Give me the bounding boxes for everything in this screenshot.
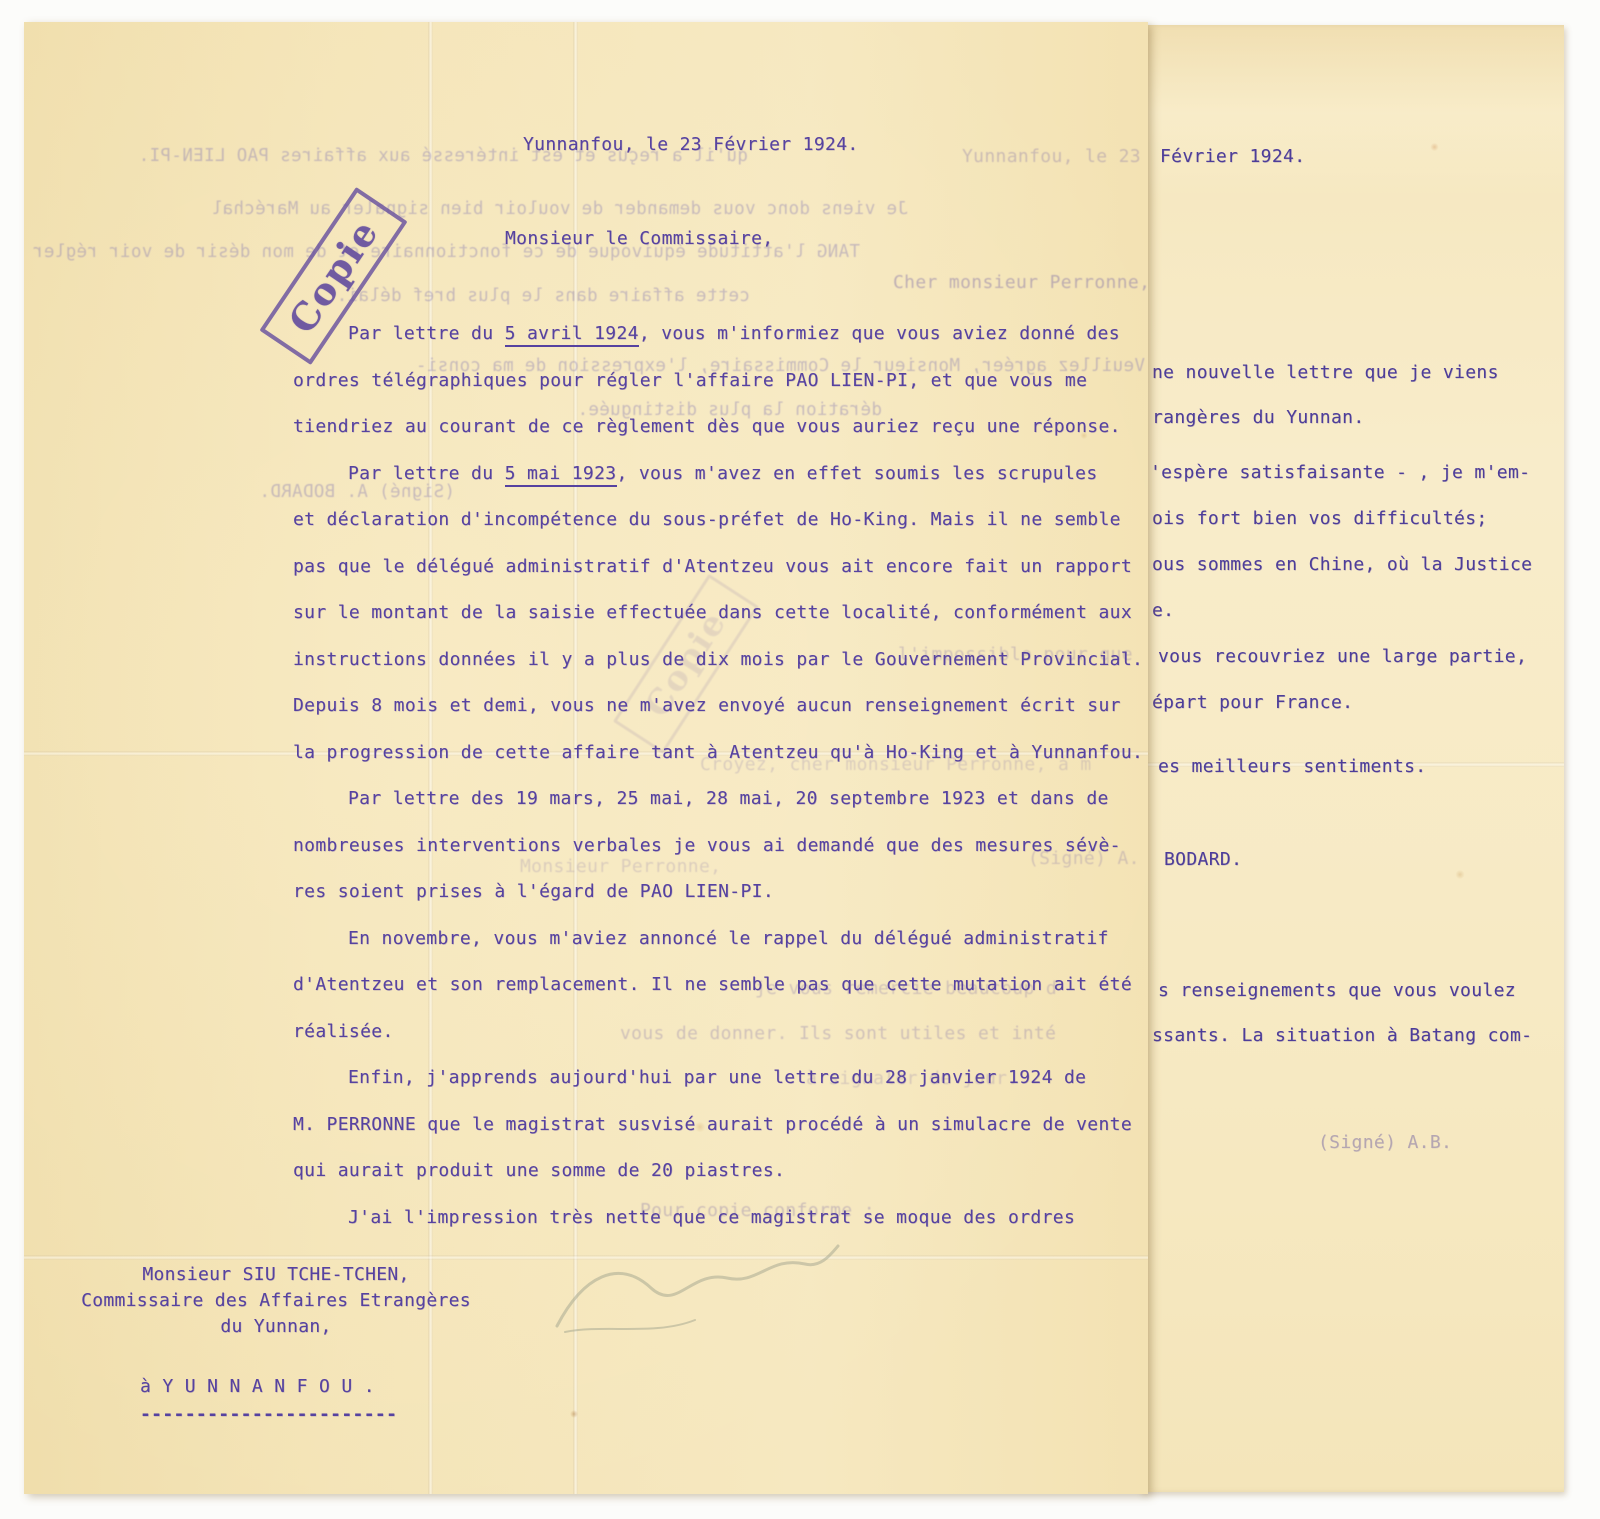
typed-line: res soient prises à l'égard de PAO LIEN-… xyxy=(293,881,1143,928)
typed-line: Par lettre des 19 mars, 25 mai, 28 mai, … xyxy=(293,788,1143,835)
right-page-typed-fragment: e. xyxy=(1152,600,1174,621)
typed-line: la progression de cette affaire tant à A… xyxy=(293,742,1143,789)
typed-divider: ----------------------- xyxy=(140,1404,397,1425)
typed-line: tiendriez au courant de ce règlement dès… xyxy=(293,416,1143,463)
typed-line: Depuis 8 mois et demi, vous ne m'avez en… xyxy=(293,695,1143,742)
recipient-line: Commissaire des Affaires Etrangères xyxy=(80,1288,472,1314)
typed-line: réalisée. xyxy=(293,1021,1143,1068)
typed-line: d'Atentzeu et son remplacement. Il ne se… xyxy=(293,974,1143,1021)
typed-line: sur le montant de la saisie effectuée da… xyxy=(293,602,1143,649)
recipient-city: à Y U N N A N F O U . xyxy=(140,1376,375,1397)
recipient-block: Monsieur SIU TCHE-TCHEN,Commissaire des … xyxy=(80,1262,472,1340)
typed-line: Enfin, j'apprends aujourd'hui par une le… xyxy=(293,1067,1143,1114)
mirrored-bleedthrough-line: cette affaire dans le plus bref délai. xyxy=(336,286,750,306)
salutation: Monsieur le Commissaire, xyxy=(505,228,774,249)
right-page-typed-fragment: 'espère satisfaisante - , je m'em- xyxy=(1150,462,1530,483)
underlined-date: 5 avril 1924 xyxy=(505,323,639,347)
typed-line: M. PERRONNE que le magistrat susvisé aur… xyxy=(293,1114,1143,1161)
right-page-typed-fragment: vous recouvriez une large partie, xyxy=(1158,646,1527,667)
typed-line: Par lettre du 5 avril 1924, vous m'infor… xyxy=(293,323,1143,370)
right-page-typed-fragment: s renseignements que vous voulez xyxy=(1158,980,1516,1001)
typed-line: ordres télégraphiques pour régler l'affa… xyxy=(293,370,1143,417)
typed-line: instructions données il y a plus de dix … xyxy=(293,649,1143,696)
scanned-letter-canvas: { "colors": { "background": "#fcfcfa", "… xyxy=(0,0,1600,1519)
dateline: Yunnanfou, le 23 Février 1924. xyxy=(523,134,859,155)
right-page-typed-fragment: (Signé) A.B. xyxy=(1318,1132,1452,1153)
paper-stain xyxy=(1455,870,1465,879)
right-page-typed-fragment: ne nouvelle lettre que je viens xyxy=(1152,362,1499,383)
paper-stain xyxy=(570,1410,578,1418)
right-page-typed-fragment: rangères du Yunnan. xyxy=(1152,407,1365,428)
recipient-line: du Yunnan, xyxy=(80,1314,472,1340)
right-page-typed-fragment: épart pour France. xyxy=(1152,692,1353,713)
paper-stain xyxy=(1430,143,1439,151)
typed-line: nombreuses interventions verbales je vou… xyxy=(293,835,1143,882)
right-page-typed-fragment: Février 1924. xyxy=(1160,146,1305,167)
typed-line: Par lettre du 5 mai 1923, vous m'avez en… xyxy=(293,463,1143,510)
right-page-typed-fragment: ois fort bien vos difficultés; xyxy=(1152,508,1488,529)
showthrough-line: Yunnanfou, le 23 xyxy=(962,146,1141,167)
recipient-line: Monsieur SIU TCHE-TCHEN, xyxy=(80,1262,472,1288)
mirrored-bleedthrough-line: Je viens donc vous demander de vouloir b… xyxy=(211,199,908,219)
right-page-typed-fragment: es meilleurs sentiments. xyxy=(1158,756,1427,777)
typed-line: En novembre, vous m'aviez annoncé le rap… xyxy=(293,928,1143,975)
right-page-typed-fragment: BODARD. xyxy=(1164,849,1242,870)
typed-line: qui aurait produit une somme de 20 piast… xyxy=(293,1160,1143,1207)
typed-line: et déclaration d'incompétence du sous-pr… xyxy=(293,509,1143,556)
right-page-typed-fragment: ous sommes en Chine, où la Justice xyxy=(1152,554,1532,575)
underlined-date: 5 mai 1923 xyxy=(505,463,617,487)
letter-body: Par lettre du 5 avril 1924, vous m'infor… xyxy=(293,323,1143,1253)
typed-line: J'ai l'impression très nette que ce magi… xyxy=(293,1207,1143,1254)
showthrough-line: Cher monsieur Perronne, xyxy=(893,272,1150,293)
typed-line: pas que le délégué administratif d'Atent… xyxy=(293,556,1143,603)
right-page-typed-fragment: ssants. La situation à Batang com- xyxy=(1152,1025,1532,1046)
